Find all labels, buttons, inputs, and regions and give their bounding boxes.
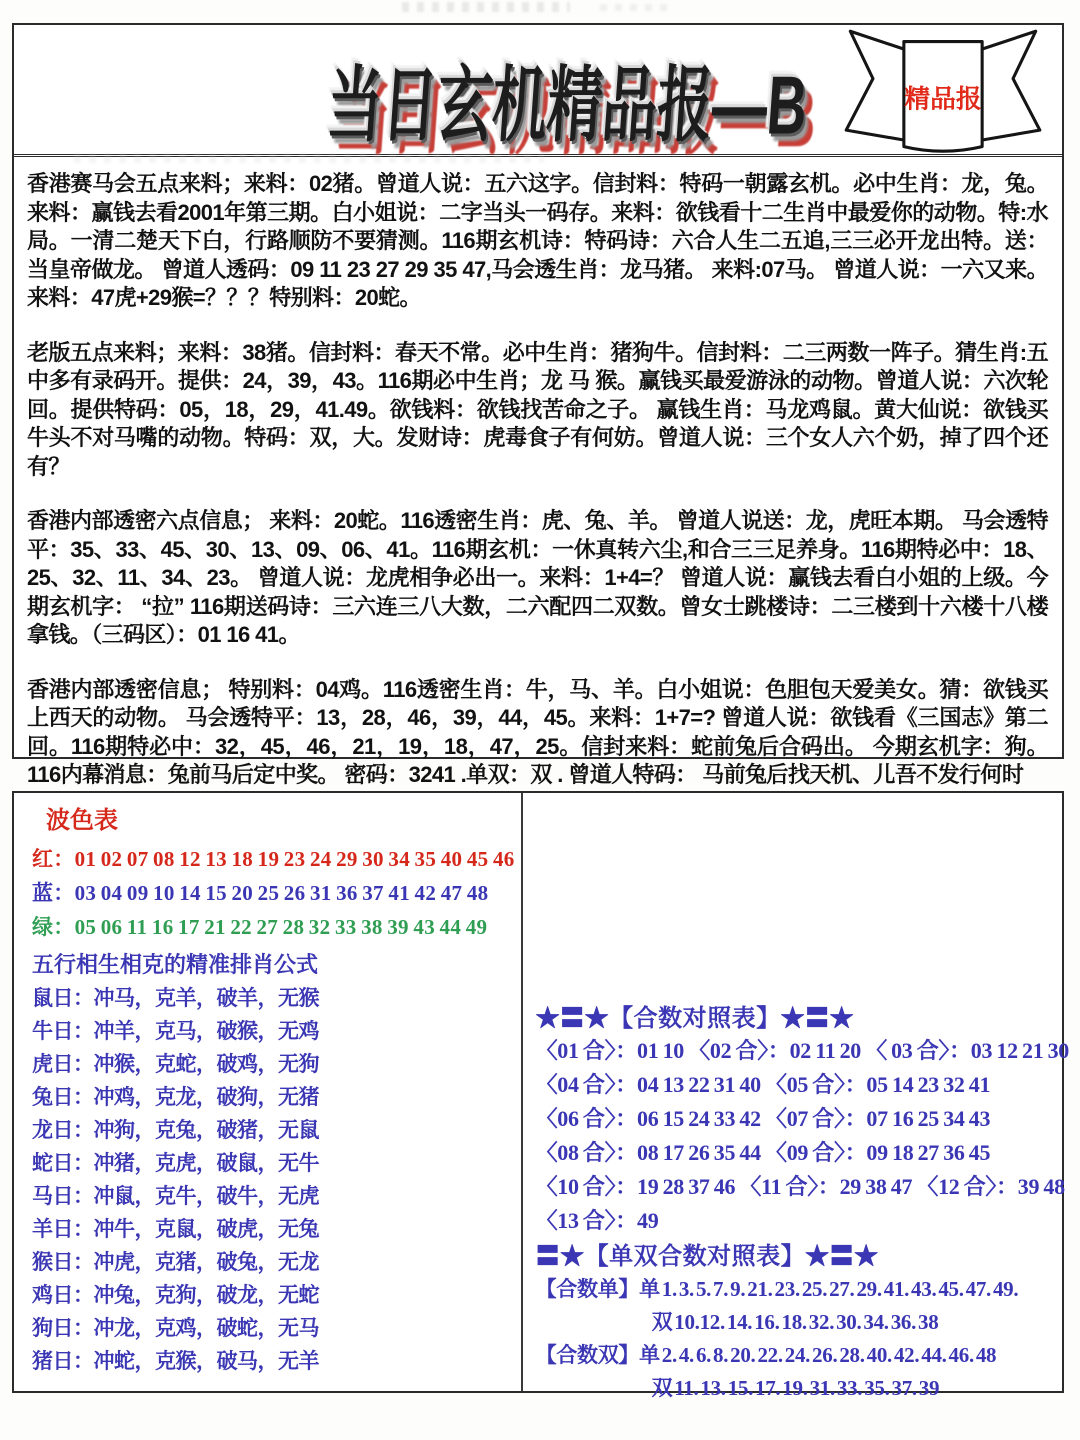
tips-text-block: 香港赛马会五点来料；来料：02猪。曾道人说：五六这字。信封料：特码一朝露玄机。必… [14, 157, 1062, 790]
bose-row-numbers: 05 06 11 16 17 21 22 27 28 32 33 38 39 4… [75, 915, 488, 939]
tips-paragraph-1: 香港赛马会五点来料；来料：02猪。曾道人说：五六这字。信封料：特码一朝露玄机。必… [27, 170, 1048, 313]
formula-row-rooster: 鸡日：冲兔，克狗，破龙，无蛇 [32, 1284, 515, 1308]
masthead-title: 当日玄机精品报—B [324, 39, 812, 158]
scan-artifact [600, 4, 670, 11]
hesu-title: ★〓★【合数对照表】★〓★ [536, 1005, 1069, 1033]
bottom-frame: 波色表 红：01 02 07 08 12 13 18 19 23 24 29 3… [12, 791, 1064, 1393]
masthead-banner: 当日玄机精品报—B 当日玄机精品报—B 精品报 [14, 25, 1062, 157]
lottery-tip-sheet-page: { "colors": { "red": "#d5281b", "blue": … [0, 0, 1080, 1440]
danshuang-row-even-even: 双 11. 13. 15. 17. 19. 31. 33. 35. 37. 39 [536, 1376, 1069, 1400]
bose-row-red: 红：01 02 07 08 12 13 18 19 23 24 29 30 34… [32, 844, 515, 874]
formula-row-goat: 羊日：冲牛，克鼠，破虎，无兔 [32, 1218, 515, 1242]
hesu-table: ★〓★【合数对照表】★〓★ 〈01 合〉：01 10 〈02 合〉：02 11 … [523, 793, 1073, 1391]
formula-row-dragon: 龙日：冲狗，克兔，破猪，无鼠 [32, 1119, 515, 1143]
danshuang-title: 〓★【单双合数对照表】★〓★ [536, 1243, 1069, 1271]
hesu-row: 〈01 合〉：01 10 〈02 合〉：02 11 20 〈 03 合〉：03 … [536, 1039, 1069, 1063]
danshuang-row-even-sum: 【合数双】单 2. 4. 6. 8. 20. 22. 24. 26. 28. 4… [536, 1343, 1069, 1367]
tips-paragraph-3: 香港内部透密六点信息； 来料：20蛇。116透密生肖：虎、兔、羊。 曾道人说送：… [27, 507, 1048, 650]
formula-title: 五行相生相克的精准排肖公式 [32, 948, 515, 979]
hesu-row: 〈08 合〉：08 17 26 35 44 〈09 合〉：09 18 27 36… [536, 1141, 1069, 1165]
formula-row-monkey: 猴日：冲虎，克猪，破兔，无龙 [32, 1251, 515, 1275]
danshuang-row-odd-even: 双 10.12. 14. 16. 18. 32. 30. 34. 36. 38 [536, 1310, 1069, 1334]
bose-row-label: 蓝： [32, 881, 75, 905]
masthead-title-3d: 当日玄机精品报—B 当日玄机精品报—B [332, 39, 892, 151]
bose-table: 波色表 红：01 02 07 08 12 13 18 19 23 24 29 3… [14, 793, 523, 1391]
bose-title: 波色表 [46, 800, 515, 835]
hesu-row: 〈10 合〉：19 28 37 46 〈11 合〉：29 38 47 〈12 合… [536, 1175, 1069, 1199]
bose-row-green: 绿：05 06 11 16 17 21 22 27 28 32 33 38 39… [32, 912, 515, 942]
hesu-row: 〈13 合〉：49 [536, 1209, 1069, 1233]
tips-paragraph-2: 老版五点来料；来料：38猪。信封料：春天不常。必中生肖：猪狗牛。信封料：二三两数… [27, 339, 1048, 482]
bose-row-numbers: 01 02 07 08 12 13 18 19 23 24 29 30 34 3… [75, 847, 515, 871]
formula-row-tiger: 虎日：冲猴，克蛇，破鸡，无狗 [32, 1053, 515, 1077]
formula-row-snake: 蛇日：冲猪，克虎，破鼠，无牛 [32, 1152, 515, 1176]
ribbon-banner-icon: 精品报 [840, 25, 1046, 159]
hesu-row: 〈06 合〉：06 15 24 33 42 〈07 合〉：07 16 25 34… [536, 1107, 1069, 1131]
formula-row-pig: 猪日：冲蛇，克猴，破马，无羊 [32, 1350, 515, 1374]
bose-row-numbers: 03 04 09 10 14 15 20 25 26 31 36 37 41 4… [75, 881, 489, 905]
bose-row-label: 红： [32, 847, 75, 871]
formula-row-rat: 鼠日：冲马，克羊，破羊，无猴 [32, 987, 515, 1011]
formula-row-horse: 马日：冲鼠，克牛，破牛，无虎 [32, 1185, 515, 1209]
formula-row-rabbit: 兔日：冲鸡，克龙，破狗，无猪 [32, 1086, 515, 1110]
scan-artifact [402, 2, 570, 12]
bose-row-label: 绿： [32, 915, 75, 939]
tips-paragraph-4: 香港内部透密信息； 特别料：04鸡。116透密生肖：牛，马、羊。白小姐说：色胆包… [27, 676, 1048, 790]
top-frame: 当日玄机精品报—B 当日玄机精品报—B 精品报 香港赛马会五点来料；来料：02猪… [12, 23, 1064, 759]
formula-row-dog: 狗日：冲龙，克鸡，破蛇，无马 [32, 1317, 515, 1341]
hesu-row: 〈04 合〉：04 13 22 31 40 〈05 合〉：05 14 23 32… [536, 1073, 1069, 1097]
ribbon-label: 精品报 [904, 83, 981, 113]
bose-row-blue: 蓝：03 04 09 10 14 15 20 25 26 31 36 37 41… [32, 878, 515, 908]
danshuang-row-odd-sum: 【合数单】单 1. 3. 5. 7. 9. 21. 23. 25. 27. 29… [536, 1277, 1069, 1301]
formula-row-ox: 牛日：冲羊，克马，破猴，无鸡 [32, 1020, 515, 1044]
